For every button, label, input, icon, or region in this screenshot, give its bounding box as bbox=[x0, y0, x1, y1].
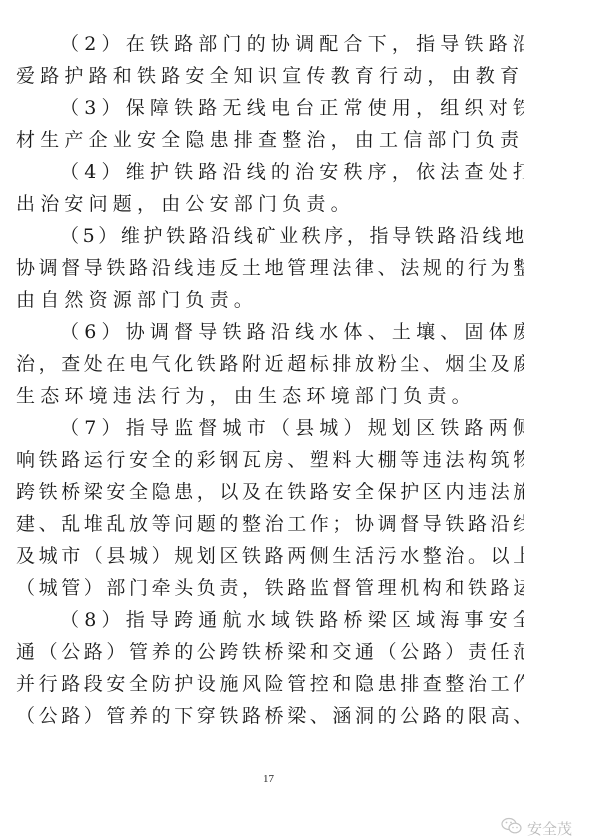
text-line: 建、乱堆乱放等问题的整治工作；协调督导铁路沿线垃圾整治以 bbox=[16, 508, 524, 540]
text-line: （公路）管养的下穿铁路桥梁、涵洞的公路的限高、限宽标志设 bbox=[16, 700, 524, 732]
text-line: （7）指导监督城市（县城）规划区铁路两侧规定范围内影 bbox=[16, 412, 524, 444]
text-line: 协调督导铁路沿线违反土地管理法律、法规的行为整治等工作， bbox=[16, 252, 524, 284]
text-line: （6）协调督导铁路沿线水体、土壤、固体废物等污染源整 bbox=[16, 316, 524, 348]
text-line: 响铁路运行安全的彩钢瓦房、塑料大棚等违法构筑物，城区道路 bbox=[16, 444, 524, 476]
text-line: 及城市（县城）规划区铁路两侧生活污水整治。以上工作由住建 bbox=[16, 540, 524, 572]
text-line: 跨铁桥梁安全隐患，以及在铁路安全保护区内违法施工、乱搭乱 bbox=[16, 476, 524, 508]
text-line: （5）维护铁路沿线矿业秩序，指导铁路沿线地质灾害防治， bbox=[16, 220, 524, 252]
text-line: 由自然资源部门负责。 bbox=[16, 284, 524, 316]
watermark: 安全茂 bbox=[501, 817, 572, 837]
text-line: 通（公路）管养的公跨铁桥梁和交通（公路）责任范围内的公铁 bbox=[16, 636, 524, 668]
page-number: 17 bbox=[263, 773, 274, 785]
text-line: 生态环境违法行为，由生态环境部门负责。 bbox=[16, 380, 524, 412]
text-line: （城管）部门牵头负责，铁路监督管理机构和铁路运输企业配合。 bbox=[16, 572, 524, 604]
watermark-text: 安全茂 bbox=[527, 818, 572, 837]
text-line: （4）维护铁路沿线的治安秩序，依法查处打击铁路沿线突 bbox=[16, 156, 524, 188]
text-line: 出治安问题，由公安部门负责。 bbox=[16, 188, 524, 220]
text-line: （8）指导跨通航水域铁路桥梁区域海事安全管理工作，交 bbox=[16, 604, 524, 636]
text-line: 并行路段安全防护设施风险管控和隐患排查整治工作；指导交通 bbox=[16, 668, 524, 700]
text-line: 爱路护路和铁路安全知识宣传教育行动，由教育部门负责。 bbox=[16, 60, 524, 92]
wechat-icon bbox=[501, 817, 523, 837]
text-line: （2）在铁路部门的协调配合下，指导铁路沿线中小学落实 bbox=[16, 28, 524, 60]
text-line: （3）保障铁路无线电台正常使用，组织对铁路沿线民爆器 bbox=[16, 92, 524, 124]
document-body: （2）在铁路部门的协调配合下，指导铁路沿线中小学落实 爱路护路和铁路安全知识宣传… bbox=[16, 28, 524, 732]
text-line: 材生产企业安全隐患排查整治，由工信部门负责。 bbox=[16, 124, 524, 156]
text-line: 治，查处在电气化铁路附近超标排放粉尘、烟尘及腐蚀性气体等 bbox=[16, 348, 524, 380]
